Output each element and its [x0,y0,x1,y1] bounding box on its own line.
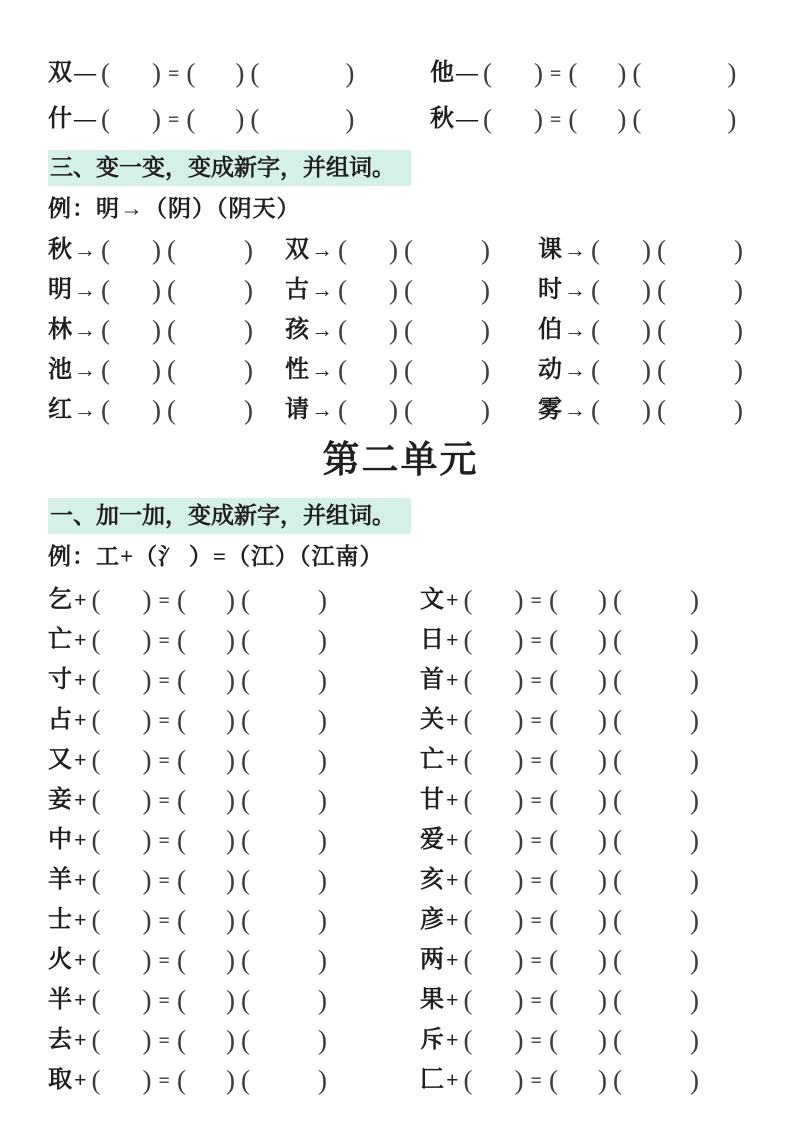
blank-paren-close-icon: ) [389,395,398,425]
blank-paren-close-icon: ) [226,745,235,775]
exercise-char: 半 [48,987,72,1013]
blank-paren-close-icon: ) [318,585,327,615]
exercise-char: 孩 [285,317,309,343]
blank-paren-open-icon: ( [92,1065,101,1095]
blank-paren-close-icon: ) [226,945,235,975]
blank-paren-close-icon: ) [143,985,152,1015]
blank-paren-open-icon: ( [483,104,492,134]
table-row: 去+()=()()斥+()=()() [48,1020,753,1060]
blank-paren-close-icon: ) [244,275,253,305]
blank-paren-close-icon: ) [642,275,651,305]
blank-paren-open-icon: ( [92,985,101,1015]
exercise-char: 中 [48,827,72,853]
blank-paren-open-icon: ( [404,355,413,385]
exercise-char: 请 [285,397,309,423]
blank-paren-close-icon: ) [598,825,607,855]
blank-paren-open-icon: ( [613,1025,622,1055]
blank-paren-close-icon: ) [690,745,699,775]
blank-paren-close-icon: ) [143,585,152,615]
equals-sign: = [531,590,542,612]
blank-paren-close-icon: ) [515,745,524,775]
exercise-char: 爱 [420,827,444,853]
equals-sign: = [550,109,561,131]
arrow-operator: → [309,317,335,342]
blank-paren-open-icon: ( [549,585,558,615]
blank-paren-close-icon: ) [534,104,543,134]
blank-paren-open-icon: ( [101,315,110,345]
minus-operator: — [454,106,480,131]
blank-paren-close-icon: ) [515,945,524,975]
exercise-item: 亡+()=()() [48,620,420,663]
blank-paren-close-icon: ) [152,104,161,134]
exercise-char: 乞 [48,587,72,613]
blank-paren-close-icon: ) [598,705,607,735]
equals-sign: = [168,109,179,131]
blank-paren-close-icon: ) [226,785,235,815]
equals-sign: = [159,830,170,852]
blank-paren-open-icon: ( [613,905,622,935]
subtract-exercise-rows: 双—()=()()他—()=()()什—()=()()秋—()=()() [48,50,753,142]
blank-paren-open-icon: ( [167,395,176,425]
blank-paren-open-icon: ( [464,945,473,975]
blank-paren-open-icon: ( [591,355,600,385]
blank-paren-close-icon: ) [690,825,699,855]
exercise-item: 果+()=()() [420,980,753,1023]
blank-paren-close-icon: ) [226,1065,235,1095]
exercise-char: 去 [48,1027,72,1053]
blank-paren-open-icon: ( [549,985,558,1015]
blank-paren-close-icon: ) [598,785,607,815]
blank-paren-close-icon: ) [226,825,235,855]
exercise-item: 雾→()() [538,390,753,433]
blank-paren-open-icon: ( [549,865,558,895]
blank-paren-close-icon: ) [318,1065,327,1095]
blank-paren-open-icon: ( [101,275,110,305]
section3-header: 三、变一变，变成新字，并组词。 [48,150,411,186]
equals-sign: = [531,870,542,892]
blank-paren-close-icon: ) [235,58,244,88]
blank-paren-open-icon: ( [177,1065,186,1095]
blank-paren-close-icon: ) [318,945,327,975]
blank-paren-open-icon: ( [92,1025,101,1055]
exercise-item: 红→()() [48,390,285,433]
equals-sign: = [159,790,170,812]
arrow-operator: → [309,357,335,382]
table-row: 寸+()=()()首+()=()() [48,660,753,700]
blank-paren-close-icon: ) [143,825,152,855]
exercise-char: 两 [420,947,444,973]
blank-paren-open-icon: ( [241,785,250,815]
equals-sign: = [159,1070,170,1092]
blank-paren-open-icon: ( [464,745,473,775]
plus-operator: + [72,827,89,852]
table-row: 火+()=()()两+()=()() [48,940,753,980]
exercise-item: 彦+()=()() [420,900,753,943]
blank-paren-close-icon: ) [143,905,152,935]
blank-paren-close-icon: ) [734,315,743,345]
add-exercise-rows: 乞+()=()()文+()=()()亡+()=()()日+()=()()寸+()… [48,580,753,1100]
exercise-item: 乞+()=()() [48,580,420,623]
exercise-item: 亥+()=()() [420,860,753,903]
exercise-char: 彦 [420,907,444,933]
equals-sign: = [168,63,179,85]
equals-sign: = [159,910,170,932]
exercise-char: 妾 [48,787,72,813]
blank-paren-open-icon: ( [464,665,473,695]
blank-paren-open-icon: ( [241,585,250,615]
blank-paren-close-icon: ) [690,1025,699,1055]
blank-paren-close-icon: ) [143,745,152,775]
blank-paren-close-icon: ) [690,1065,699,1095]
blank-paren-open-icon: ( [250,58,259,88]
blank-paren-open-icon: ( [632,58,641,88]
blank-paren-open-icon: ( [92,865,101,895]
exercise-char: 动 [538,357,562,383]
blank-paren-close-icon: ) [226,905,235,935]
equals-sign: = [531,830,542,852]
blank-paren-close-icon: ) [534,58,543,88]
blank-paren-close-icon: ) [598,745,607,775]
blank-paren-close-icon: ) [515,1065,524,1095]
blank-paren-open-icon: ( [177,625,186,655]
blank-paren-close-icon: ) [318,745,327,775]
blank-paren-open-icon: ( [613,825,622,855]
blank-paren-open-icon: ( [613,785,622,815]
blank-paren-close-icon: ) [642,355,651,385]
blank-paren-close-icon: ) [515,785,524,815]
blank-paren-open-icon: ( [177,825,186,855]
blank-paren-open-icon: ( [92,905,101,935]
blank-paren-close-icon: ) [515,585,524,615]
exercise-char: 文 [420,587,444,613]
table-row: 亡+()=()()日+()=()() [48,620,753,660]
blank-paren-open-icon: ( [241,1065,250,1095]
exercise-item: 两+()=()() [420,940,753,983]
plus-operator: + [444,627,461,652]
blank-paren-close-icon: ) [598,665,607,695]
blank-paren-open-icon: ( [657,355,666,385]
exercise-item: 半+()=()() [48,980,420,1023]
blank-paren-open-icon: ( [92,825,101,855]
exercise-item: 动→()() [538,350,753,393]
exercise-item: 池→()() [48,350,285,393]
blank-paren-open-icon: ( [591,275,600,305]
blank-paren-open-icon: ( [549,1065,558,1095]
exercise-char: 斥 [420,1027,444,1053]
blank-paren-open-icon: ( [92,745,101,775]
blank-paren-close-icon: ) [598,585,607,615]
blank-paren-open-icon: ( [613,945,622,975]
equals-sign: = [531,790,542,812]
blank-paren-close-icon: ) [515,905,524,935]
blank-paren-close-icon: ) [598,1065,607,1095]
equals-sign: = [159,710,170,732]
exercise-item: 孩→()() [285,310,538,353]
blank-paren-open-icon: ( [657,395,666,425]
plus-operator: + [444,947,461,972]
blank-paren-open-icon: ( [241,865,250,895]
blank-paren-close-icon: ) [690,705,699,735]
arrow-operator: → [562,397,588,422]
blank-paren-open-icon: ( [167,355,176,385]
plus-operator: + [72,1067,89,1092]
blank-paren-close-icon: ) [318,665,327,695]
blank-paren-close-icon: ) [143,705,152,735]
arrow-operator: → [309,397,335,422]
equals-sign: = [159,1030,170,1052]
exercise-item: 他—()=()() [430,50,753,99]
blank-paren-open-icon: ( [101,395,110,425]
exercise-char: 伯 [538,317,562,343]
equals-sign: = [159,670,170,692]
exercise-item: 请→()() [285,390,538,433]
blank-paren-open-icon: ( [250,104,259,134]
blank-paren-close-icon: ) [226,865,235,895]
blank-paren-close-icon: ) [318,785,327,815]
exercise-char: 雾 [538,397,562,423]
blank-paren-open-icon: ( [464,905,473,935]
plus-operator: + [72,987,89,1012]
exercise-char: 火 [48,947,72,973]
exercise-char: 占 [48,707,72,733]
blank-paren-close-icon: ) [143,785,152,815]
exercise-char: 古 [285,277,309,303]
table-row: 什—()=()()秋—()=()() [48,96,753,142]
blank-paren-open-icon: ( [549,745,558,775]
blank-paren-close-icon: ) [598,945,607,975]
blank-paren-close-icon: ) [226,985,235,1015]
blank-paren-open-icon: ( [101,104,110,134]
exercise-item: 亡+()=()() [420,740,753,783]
blank-paren-open-icon: ( [464,825,473,855]
blank-paren-open-icon: ( [241,945,250,975]
blank-paren-open-icon: ( [549,825,558,855]
blank-paren-open-icon: ( [549,945,558,975]
blank-paren-close-icon: ) [226,1025,235,1055]
blank-paren-close-icon: ) [226,585,235,615]
plus-operator: + [444,667,461,692]
blank-paren-open-icon: ( [464,705,473,735]
exercise-char: 红 [48,397,72,423]
blank-paren-close-icon: ) [226,625,235,655]
equals-sign: = [159,630,170,652]
blank-paren-open-icon: ( [657,275,666,305]
blank-paren-close-icon: ) [481,275,490,305]
blank-paren-close-icon: ) [515,665,524,695]
blank-paren-close-icon: ) [244,235,253,265]
blank-paren-close-icon: ) [481,355,490,385]
worksheet-page: 双—()=()()他—()=()()什—()=()()秋—()=()() 三、变… [0,0,793,1122]
exercise-item: 士+()=()() [48,900,420,943]
blank-paren-open-icon: ( [92,585,101,615]
equals-sign: = [159,750,170,772]
arrow-operator: → [72,357,98,382]
exercise-char: 时 [538,277,562,303]
plus-operator: + [72,707,89,732]
arrow-operator: → [562,237,588,262]
blank-paren-open-icon: ( [101,235,110,265]
arrow-operator: → [72,317,98,342]
exercise-char: 关 [420,707,444,733]
blank-paren-close-icon: ) [143,1065,152,1095]
blank-paren-open-icon: ( [404,395,413,425]
blank-paren-close-icon: ) [244,395,253,425]
exercise-char: 双 [48,60,72,86]
blank-paren-close-icon: ) [690,585,699,615]
table-row: 林→()()孩→()()伯→()() [48,310,753,350]
blank-paren-close-icon: ) [152,315,161,345]
blank-paren-open-icon: ( [241,625,250,655]
blank-paren-close-icon: ) [690,945,699,975]
exercise-char: 亡 [48,627,72,653]
blank-paren-open-icon: ( [177,1025,186,1055]
arrow-operator: → [562,277,588,302]
blank-paren-close-icon: ) [345,104,354,134]
blank-paren-open-icon: ( [338,275,347,305]
blank-paren-close-icon: ) [152,275,161,305]
blank-paren-close-icon: ) [734,235,743,265]
blank-paren-open-icon: ( [613,665,622,695]
blank-paren-close-icon: ) [345,58,354,88]
blank-paren-close-icon: ) [642,395,651,425]
minus-operator: — [72,106,98,131]
equals-sign: = [531,670,542,692]
blank-paren-close-icon: ) [152,355,161,385]
blank-paren-open-icon: ( [464,585,473,615]
blank-paren-close-icon: ) [481,235,490,265]
exercise-item: 火+()=()() [48,940,420,983]
equals-sign: = [531,630,542,652]
blank-paren-close-icon: ) [734,275,743,305]
exercise-item: 日+()=()() [420,620,753,663]
table-row: 中+()=()()爱+()=()() [48,820,753,860]
blank-paren-open-icon: ( [464,1025,473,1055]
blank-paren-close-icon: ) [389,315,398,345]
equals-sign: = [531,750,542,772]
blank-paren-open-icon: ( [92,705,101,735]
blank-paren-close-icon: ) [617,58,626,88]
blank-paren-open-icon: ( [464,625,473,655]
exercise-item: 性→()() [285,350,538,393]
blank-paren-open-icon: ( [92,785,101,815]
blank-paren-close-icon: ) [515,625,524,655]
blank-paren-close-icon: ) [318,905,327,935]
exercise-item: 双—()=()() [48,50,430,99]
section3-example: 例：明→（阴）（阴天） [48,188,753,230]
blank-paren-close-icon: ) [152,395,161,425]
blank-paren-open-icon: ( [241,905,250,935]
blank-paren-open-icon: ( [92,625,101,655]
blank-paren-open-icon: ( [338,315,347,345]
unit2-title: 第二单元 [48,436,753,486]
blank-paren-close-icon: ) [598,905,607,935]
blank-paren-open-icon: ( [568,58,577,88]
blank-paren-open-icon: ( [613,625,622,655]
exercise-item: 古→()() [285,270,538,313]
blank-paren-open-icon: ( [177,865,186,895]
minus-operator: — [72,60,98,85]
plus-operator: + [72,667,89,692]
blank-paren-open-icon: ( [241,745,250,775]
plus-operator: + [444,587,461,612]
exercise-item: 匚+()=()() [420,1060,753,1103]
equals-sign: = [531,990,542,1012]
blank-paren-close-icon: ) [690,865,699,895]
blank-paren-close-icon: ) [481,315,490,345]
blank-paren-open-icon: ( [613,585,622,615]
blank-paren-open-icon: ( [177,945,186,975]
exercise-char: 课 [538,237,562,263]
blank-paren-close-icon: ) [143,1025,152,1055]
exercise-item: 首+()=()() [420,660,753,703]
table-row: 乞+()=()()文+()=()() [48,580,753,620]
blank-paren-open-icon: ( [657,235,666,265]
blank-paren-close-icon: ) [690,985,699,1015]
blank-paren-close-icon: ) [143,625,152,655]
blank-paren-close-icon: ) [389,275,398,305]
plus-operator: + [72,787,89,812]
plus-operator: + [444,787,461,812]
plus-operator: + [444,827,461,852]
blank-paren-close-icon: ) [642,315,651,345]
arrow-operator: → [309,277,335,302]
blank-paren-open-icon: ( [613,705,622,735]
exercise-item: 林→()() [48,310,285,353]
blank-paren-close-icon: ) [690,785,699,815]
blank-paren-close-icon: ) [389,235,398,265]
blank-paren-open-icon: ( [186,58,195,88]
exercise-char: 林 [48,317,72,343]
blank-paren-open-icon: ( [241,1025,250,1055]
blank-paren-open-icon: ( [613,865,622,895]
exercise-item: 秋→()() [48,230,285,273]
blank-paren-close-icon: ) [235,104,244,134]
exercise-char: 甘 [420,787,444,813]
blank-paren-open-icon: ( [549,665,558,695]
blank-paren-open-icon: ( [177,905,186,935]
exercise-char: 匚 [420,1067,444,1093]
blank-paren-close-icon: ) [598,625,607,655]
blank-paren-close-icon: ) [515,985,524,1015]
exercise-char: 首 [420,667,444,693]
blank-paren-close-icon: ) [727,104,736,134]
blank-paren-open-icon: ( [241,705,250,735]
table-row: 红→()()请→()()雾→()() [48,390,753,430]
plus-operator: + [444,987,461,1012]
exercise-item: 课→()() [538,230,753,273]
equals-sign: = [159,590,170,612]
blank-paren-close-icon: ) [734,395,743,425]
plus-operator: + [72,867,89,892]
exercise-item: 秋—()=()() [430,96,753,145]
exercise-char: 亥 [420,867,444,893]
table-row: 半+()=()()果+()=()() [48,980,753,1020]
table-row: 又+()=()()亡+()=()() [48,740,753,780]
blank-paren-open-icon: ( [464,1065,473,1095]
exercise-item: 又+()=()() [48,740,420,783]
blank-paren-open-icon: ( [177,705,186,735]
blank-paren-close-icon: ) [515,825,524,855]
blank-paren-close-icon: ) [152,235,161,265]
transform-exercise-rows: 秋→()()双→()()课→()()明→()()古→()()时→()()林→()… [48,230,753,430]
blank-paren-close-icon: ) [318,825,327,855]
blank-paren-open-icon: ( [591,395,600,425]
exercise-item: 明→()() [48,270,285,313]
exercise-char: 士 [48,907,72,933]
blank-paren-close-icon: ) [389,355,398,385]
blank-paren-close-icon: ) [642,235,651,265]
exercise-char: 寸 [48,667,72,693]
